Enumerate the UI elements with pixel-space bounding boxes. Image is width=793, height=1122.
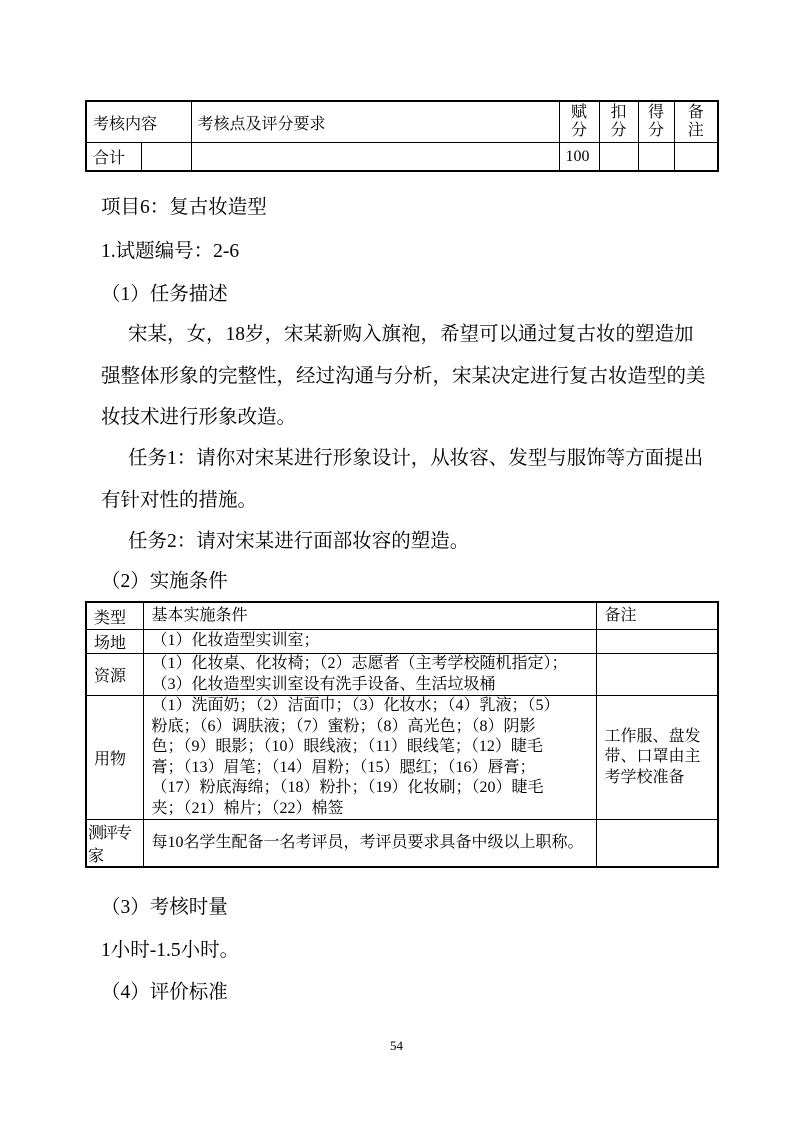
total-row: 合计 100 <box>86 143 718 172</box>
empty-cell <box>141 143 191 172</box>
total-score-cell: 100 <box>559 143 599 172</box>
time-value: 1小时-1.5小时。 <box>101 937 239 964</box>
document-page: 考核内容 考核点及评分要求 赋分 扣分 得分 备注 合计 100 项目6：复古妆… <box>0 0 793 1122</box>
impl-table-header-row: 类型 基本实施条件 备注 <box>86 602 718 630</box>
empty-cell <box>674 143 718 172</box>
task-paragraph-line: 妆技术进行形象改造。 <box>101 404 296 431</box>
header-remark: 备注 <box>596 602 718 630</box>
task-description-heading: （1）任务描述 <box>101 281 228 308</box>
condition-line: （3）化妆造型实训室设有洗手设备、生活垃圾桶 <box>152 675 592 696</box>
empty-cell <box>599 143 638 172</box>
type-cell: 资源 <box>86 654 143 696</box>
row-evaluators: 测评专家 每10名学生配备一名考评员，考评员要求具备中级以上职称。 <box>86 820 718 868</box>
row-resources: 资源 （1）化妆桌、化妆椅；（2）志愿者（主考学校随机指定）； （3）化妆造型实… <box>86 654 718 696</box>
remark-line: 工作服、盘发 <box>605 727 716 748</box>
implementation-heading: （2）实施条件 <box>101 568 228 595</box>
type-cell: 场地 <box>86 630 143 654</box>
type-cell: 测评专家 <box>86 820 143 868</box>
score-table-header-row: 考核内容 考核点及评分要求 赋分 扣分 得分 备注 <box>86 101 718 143</box>
project-title: 项目6：复古妆造型 <box>101 194 267 221</box>
remark-cell: 工作服、盘发 带、口罩由主 考学校准备 <box>596 696 718 820</box>
remark-cell <box>596 820 718 868</box>
condition-line: （17）粉底海绵；（18）粉扑；（19）化妆刷；（20）睫毛 <box>152 778 592 799</box>
evaluation-heading: （4）评价标准 <box>101 979 228 1006</box>
page-number: 54 <box>0 1038 793 1054</box>
header-exam-content: 考核内容 <box>86 101 191 143</box>
condition-line: （1）化妆桌、化妆椅；（2）志愿者（主考学校随机指定）； <box>152 654 592 675</box>
condition-cell: （1）化妆桌、化妆椅；（2）志愿者（主考学校随机指定）； （3）化妆造型实训室设… <box>143 654 596 696</box>
remark-line: 带、口罩由主 <box>605 747 716 768</box>
remark-line: 考学校准备 <box>605 768 716 789</box>
condition-line: 夹；（21）棉片；（22）棉签 <box>152 799 592 820</box>
type-cell: 用物 <box>86 696 143 820</box>
row-venue: 场地 （1）化妆造型实训室； <box>86 630 718 654</box>
remark-cell <box>596 654 718 696</box>
exam-number: 1.试题编号：2-6 <box>101 238 239 265</box>
condition-line: 粉底；（6）调肤液；（7）蜜粉；（8）高光色；（8）阴影 <box>152 717 592 738</box>
condition-line: （1）洗面奶；（2）洁面巾；（3）化妆水；（4）乳液；（5） <box>152 696 592 717</box>
header-scoring-points: 考核点及评分要求 <box>191 101 559 143</box>
header-deducted-score: 扣分 <box>599 101 638 143</box>
task-paragraph-line: 宋某，女，18岁，宋某新购入旗袍，希望可以通过复古妆的塑造加 <box>128 321 694 348</box>
condition-line: 膏；（13）眉笔；（14）眉粉；（15）腮红；（16）唇膏； <box>152 758 592 779</box>
task-paragraph-line: 强整体形象的完整性，经过沟通与分析，宋某决定进行复古妆造型的美 <box>101 363 706 390</box>
header-gained-score: 得分 <box>638 101 674 143</box>
condition-cell: 每10名学生配备一名考评员，考评员要求具备中级以上职称。 <box>143 820 596 868</box>
condition-line: 每10名学生配备一名考评员，考评员要求具备中级以上职称。 <box>152 833 592 854</box>
task1-line: 有针对性的措施。 <box>101 487 257 514</box>
task2-line: 任务2：请对宋某进行面部妆容的塑造。 <box>128 528 469 555</box>
score-summary-table: 考核内容 考核点及评分要求 赋分 扣分 得分 备注 合计 100 <box>85 100 719 172</box>
header-remarks: 备注 <box>674 101 718 143</box>
total-label-cell: 合计 <box>86 143 141 172</box>
header-basic-conditions: 基本实施条件 <box>143 602 596 630</box>
header-assigned-score: 赋分 <box>559 101 599 143</box>
task1-line: 任务1：请你对宋某进行形象设计，从妆容、发型与服饰等方面提出 <box>128 445 703 472</box>
empty-cell <box>638 143 674 172</box>
condition-line: 色；（9）眼影；（10）眼线液；（11）眼线笔；（12）睫毛 <box>152 737 592 758</box>
condition-line: （1）化妆造型实训室； <box>152 631 592 652</box>
header-type: 类型 <box>86 602 143 630</box>
empty-cell <box>191 143 559 172</box>
condition-cell: （1）化妆造型实训室； <box>143 630 596 654</box>
remark-cell <box>596 630 718 654</box>
condition-cell: （1）洗面奶；（2）洁面巾；（3）化妆水；（4）乳液；（5） 粉底；（6）调肤液… <box>143 696 596 820</box>
implementation-table: 类型 基本实施条件 备注 场地 （1）化妆造型实训室； 资源 （1）化妆桌、化妆… <box>85 601 719 868</box>
time-heading: （3）考核时量 <box>101 894 228 921</box>
row-supplies: 用物 （1）洗面奶；（2）洁面巾；（3）化妆水；（4）乳液；（5） 粉底；（6）… <box>86 696 718 820</box>
